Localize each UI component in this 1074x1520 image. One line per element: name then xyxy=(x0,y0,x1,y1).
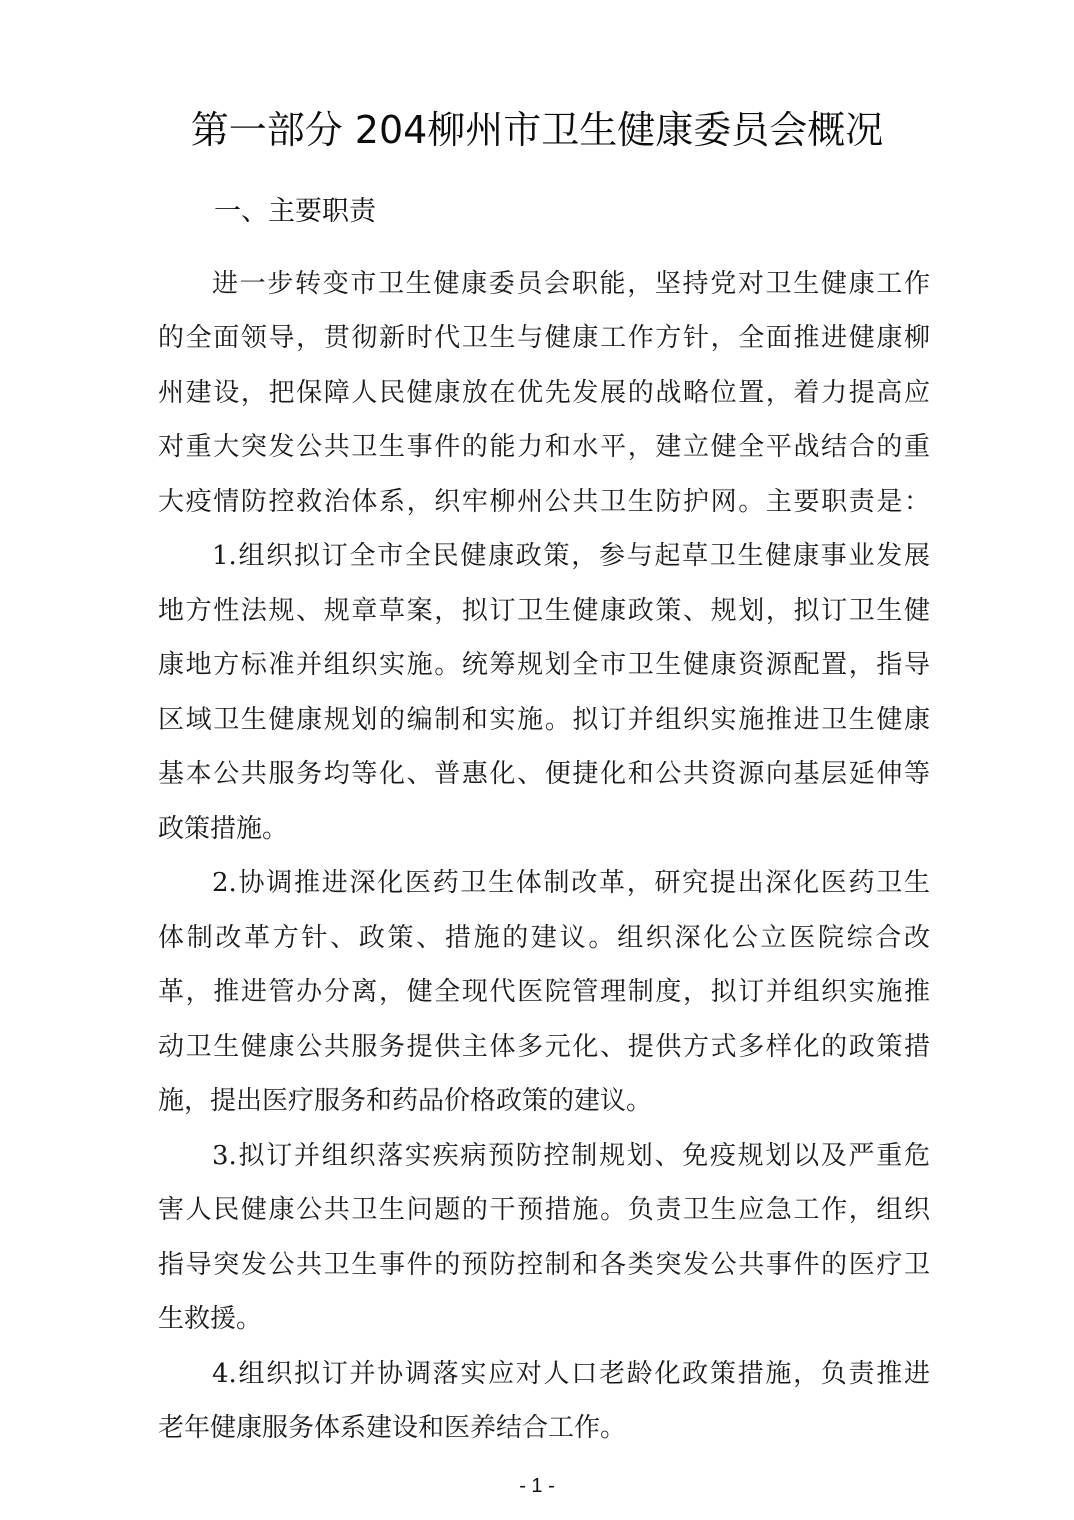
paragraph-line: 生救援。 xyxy=(158,1299,930,1339)
paragraph-line: 州建设，把保障人民健康放在优先发展的战略位置，着力提高应 xyxy=(158,373,930,413)
page-title: 第一部分 204柳州市卫生健康委员会概况 xyxy=(0,104,1074,156)
page-number: - 1 - xyxy=(0,1472,1074,1500)
paragraph-line: 基本公共服务均等化、普惠化、便捷化和公共资源向基层延伸等 xyxy=(158,754,930,794)
paragraph-line: 大疫情防控救治体系，织牢柳州公共卫生防护网。主要职责是： xyxy=(158,482,930,522)
paragraph-line: 革，推进管办分离，健全现代医院管理制度，拟订并组织实施推 xyxy=(158,972,930,1012)
paragraph-line: 地方性法规、规章草案，拟订卫生健康政策、规划，拟订卫生健 xyxy=(158,591,930,631)
paragraph-line: 老年健康服务体系建设和医养结合工作。 xyxy=(158,1408,930,1448)
paragraph-line: 动卫生健康公共服务提供主体多元化、提供方式多样化的政策措 xyxy=(158,1027,930,1067)
paragraph-line: 区域卫生健康规划的编制和实施。拟订并组织实施推进卫生健康 xyxy=(158,700,930,740)
paragraph-line: 3.拟订并组织落实疾病预防控制规划、免疫规划以及严重危 xyxy=(212,1136,930,1176)
paragraph-line: 施，提出医疗服务和药品价格政策的建议。 xyxy=(158,1081,930,1121)
paragraph-line: 体制改革方针、政策、措施的建议。组织深化公立医院综合改 xyxy=(158,918,930,958)
paragraph-line: 1.组织拟订全市全民健康政策，参与起草卫生健康事业发展 xyxy=(212,536,930,576)
document-page: 第一部分 204柳州市卫生健康委员会概况 一、主要职责 进一步转变市卫生健康委员… xyxy=(0,0,1074,1520)
paragraph-line: 进一步转变市卫生健康委员会职能，坚持党对卫生健康工作 xyxy=(212,264,930,304)
paragraph-line: 指导突发公共卫生事件的预防控制和各类突发公共事件的医疗卫 xyxy=(158,1245,930,1285)
paragraph-line: 政策措施。 xyxy=(158,809,930,849)
paragraph-line: 康地方标准并组织实施。统筹规划全市卫生健康资源配置，指导 xyxy=(158,645,930,685)
paragraph-line: 的全面领导，贯彻新时代卫生与健康工作方针，全面推进健康柳 xyxy=(158,318,930,358)
paragraph-line: 4.组织拟订并协调落实应对人口老龄化政策措施，负责推进 xyxy=(212,1354,930,1394)
paragraph-line: 2.协调推进深化医药卫生体制改革，研究提出深化医药卫生 xyxy=(212,863,930,903)
section-heading: 一、主要职责 xyxy=(214,192,376,232)
paragraph-line: 害人民健康公共卫生问题的干预措施。负责卫生应急工作，组织 xyxy=(158,1190,930,1230)
paragraph-line: 对重大突发公共卫生事件的能力和水平，建立健全平战结合的重 xyxy=(158,427,930,467)
